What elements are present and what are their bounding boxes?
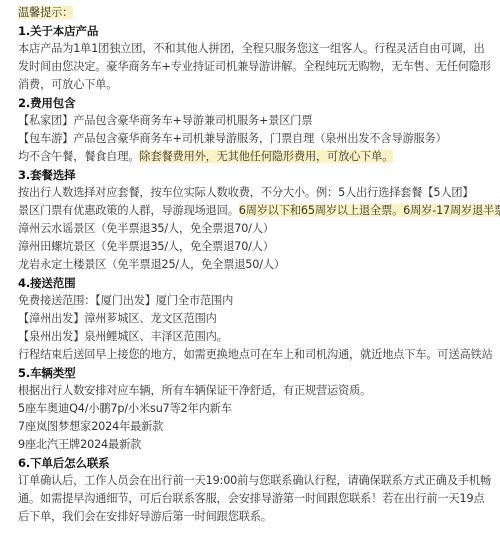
notice-document: 温馨提示： 1.关于本店产品 本店产品为1单1团独立团，不和其他人拼团，全程只服… <box>0 0 500 526</box>
notice-label-row: 温馨提示： <box>18 4 492 22</box>
package-rule: 按出行人数选择对应套餐，按车位实际人数收费，不分大小。例：5人出行选择套餐【5人… <box>18 184 492 202</box>
meal-note-text: 均不含午餐，餐食自理。 <box>18 150 139 163</box>
discount-note-text: 景区门票有优惠政策的人群，导游现场退回。 <box>18 204 239 217</box>
refund-item: 漳州田螺坑景区（免半票退35/人，免全票退70/人） <box>18 238 492 256</box>
meal-note-highlight: 除套餐费用外，无其他任何隐形费用，可放心下单。 <box>139 150 393 163</box>
discount-note: 景区门票有优惠政策的人群，导游现场退回。6周岁以下和65周岁以上退全票。6周岁-… <box>18 202 492 220</box>
vehicle-line: 9座北汽王牌2024最新款 <box>18 436 492 454</box>
refund-item: 漳州云水谣景区（免半票退35/人，免全票退70/人） <box>18 220 492 238</box>
section-title: 4.接送范围 <box>18 274 492 292</box>
section-title: 6.下单后怎么联系 <box>18 454 492 472</box>
section-title: 1.关于本店产品 <box>18 22 492 40</box>
fee-line-private-tour: 【私家团】产品包含豪华商务车+导游兼司机服务+景区门票 <box>18 112 492 130</box>
section-pickup-range: 4.接送范围 免费接送范围：【厦门出发】厦门全市范围内 【漳州出发】漳州芗城区、… <box>18 274 492 364</box>
notice-label: 温馨提示： <box>18 6 73 19</box>
section-title: 2.费用包含 <box>18 94 492 112</box>
section-paragraph: 本店产品为1单1团独立团，不和其他人拼团，全程只服务您这一组客人。行程灵活自由可… <box>18 40 492 94</box>
refund-item: 龙岩永定土楼景区（免半票退25/人，免全票退50/人） <box>18 256 492 274</box>
discount-note-highlight: 6周岁以下和65周岁以上退全票。6周岁-17周岁退半票。 <box>239 204 500 217</box>
section-title: 3.套餐选择 <box>18 166 492 184</box>
pickup-line: 【泉州出发】泉州鲤城区、丰泽区范围内。 <box>18 328 492 346</box>
pickup-line: 免费接送范围：【厦门出发】厦门全市范围内 <box>18 292 492 310</box>
pickup-line: 行程结束后送回早上接您的地方，如需更换地点可在车上和司机沟通，就近地点下车。可送… <box>18 346 492 364</box>
section-fees-included: 2.费用包含 【私家团】产品包含豪华商务车+导游兼司机服务+景区门票 【包车游】… <box>18 94 492 166</box>
section-about-product: 1.关于本店产品 本店产品为1单1团独立团，不和其他人拼团，全程只服务您这一组客… <box>18 22 492 94</box>
meal-note: 均不含午餐，餐食自理。除套餐费用外，无其他任何隐形费用，可放心下单。 <box>18 148 492 166</box>
section-paragraph: 订单确认后，工作人员会在出行前一天19:00前与您联系确认行程，请确保联系方式正… <box>18 472 492 526</box>
section-contact-after-order: 6.下单后怎么联系 订单确认后，工作人员会在出行前一天19:00前与您联系确认行… <box>18 454 492 526</box>
section-package-choice: 3.套餐选择 按出行人数选择对应套餐，按车位实际人数收费，不分大小。例：5人出行… <box>18 166 492 274</box>
vehicle-line: 5座车奥迪Q4/小鹏7p/小米su7等2年内新车 <box>18 400 492 418</box>
pickup-line: 【漳州出发】漳州芗城区、龙文区范围内 <box>18 310 492 328</box>
vehicle-line: 根据出行人数安排对应车辆，所有车辆保证干净舒适，有正规营运资质。 <box>18 382 492 400</box>
section-title: 5.车辆类型 <box>18 364 492 382</box>
vehicle-line: 7座岚图梦想家2024年最新款 <box>18 418 492 436</box>
fee-line-charter: 【包车游】产品包含豪华商务车+司机兼导游服务，门票自理（泉州出发不含导游服务） <box>18 130 492 148</box>
section-vehicle-types: 5.车辆类型 根据出行人数安排对应车辆，所有车辆保证干净舒适，有正规营运资质。 … <box>18 364 492 454</box>
